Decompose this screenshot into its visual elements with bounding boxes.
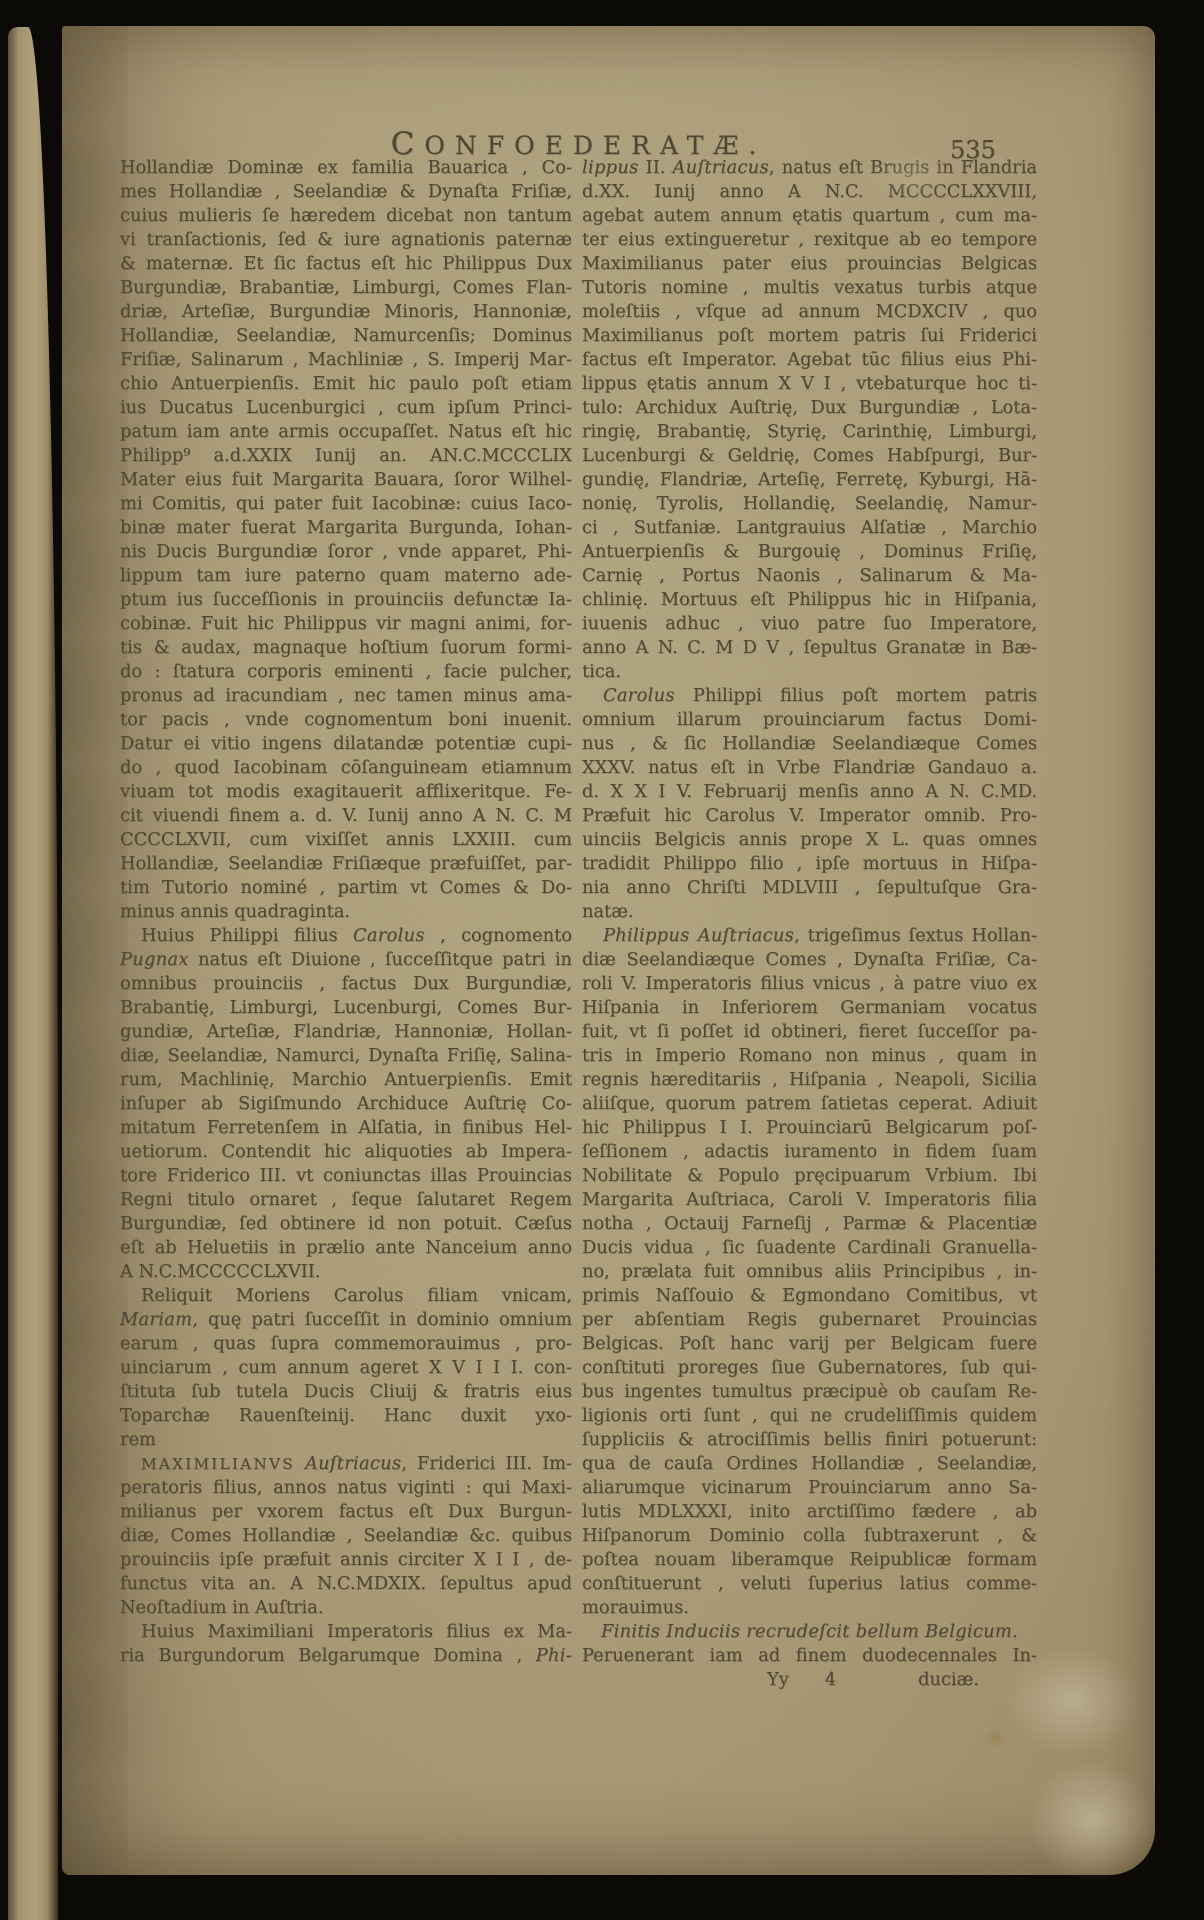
text-line: conſtituerunt , veluti ſuperius latius c… — [582, 1572, 1037, 1596]
text-line: Huius Philippi filius Carolus , cognomen… — [120, 924, 572, 948]
text-line: mitatum Ferretenſem in Alſatia, in finib… — [120, 1116, 572, 1140]
text-line: regnis hæreditariis , Hiſpania , Neapoli… — [582, 1068, 1037, 1092]
text-line: XXXV. natus eſt in Vrbe Flandriæ Gandauo… — [582, 756, 1037, 780]
text-line: iuuenis adhuc , viuo patre ſuo Imperator… — [582, 612, 1037, 636]
book-page: CONFOEDERATÆ. 535 Hollandiæ Dominæ ex fa… — [62, 26, 1155, 1875]
text-line: Margarita Auſtriaca, Caroli V. Imperator… — [582, 1188, 1037, 1212]
text-line: conſtituti proreges ſiue Gubernatores, ſ… — [582, 1356, 1037, 1380]
text-line: omnium illarum prouinciarum factus Domi- — [582, 708, 1037, 732]
text-line: Ducis vidua , ſic ſuadente Cardinali Gra… — [582, 1236, 1037, 1260]
text-line: Burgundiæ, Brabantiæ, Limburgi, Comes Fl… — [120, 276, 572, 300]
text-line: gundię, Flandriæ, Arteſię, Ferretę, Kybu… — [582, 468, 1037, 492]
paper-stain — [312, 1776, 532, 1866]
text-line: anno A N. C. M D V , ſepultus Granatæ in… — [582, 636, 1037, 660]
text-line: Friſiæ, Salinarum , Machliniæ , S. Imper… — [120, 348, 572, 372]
text-line: Hollandiæ Dominæ ex familia Bauarica , C… — [120, 156, 572, 180]
text-line: ius Ducatus Lucenburgici , cum ipſum Pri… — [120, 396, 572, 420]
text-line: minus annis quadraginta. — [120, 900, 572, 924]
text-line: Mater eius fuit Margarita Bauara, ſoror … — [120, 468, 572, 492]
text-line: Peruenerant iam ad finem duodecennales I… — [582, 1644, 1037, 1668]
text-line: Huius Maximiliani Imperatoris filius ex … — [120, 1620, 572, 1644]
text-line: inſuper ab Sigiſmundo Archiduce Auſtrię … — [120, 1092, 572, 1116]
right-column: lippus II. Auſtriacus, natus eſt Brugis … — [582, 156, 1037, 1692]
text-line: gundiæ, Arteſiæ, Flandriæ, Hannoniæ, Hol… — [120, 1020, 572, 1044]
text-line: diæ, Seelandiæ, Namurci, Dynaſta Friſię,… — [120, 1044, 572, 1068]
text-line: hic Philippus I I. Prouinciarū Belgicaru… — [582, 1116, 1037, 1140]
text-line: cobinæ. Fuit hic Philippus vir magni ani… — [120, 612, 572, 636]
text-line: morauimus. — [582, 1596, 1037, 1620]
text-line: d.XX. Iunij anno A N.C. MCCCCLXXVIII, — [582, 180, 1037, 204]
text-line: Neoſtadium in Auſtria. — [120, 1596, 572, 1620]
text-line: aliiſque, quorum patrem ſatietas ceperat… — [582, 1092, 1037, 1116]
text-line: rem — [120, 1428, 572, 1452]
text-line: Mariam, quę patri ſucceſſit in dominio o… — [120, 1308, 572, 1332]
text-line: Carnię , Portus Naonis , Salinarum & Ma- — [582, 564, 1037, 588]
text-line: nonię, Tyrolis, Hollandię, Seelandię, Na… — [582, 492, 1037, 516]
text-line: driæ, Arteſiæ, Burgundiæ Minoris, Hannon… — [120, 300, 572, 324]
signature-line: Yy 4 duciæ. — [582, 1668, 1037, 1692]
quire-signature: Yy — [767, 1668, 789, 1692]
text-line: ſtituta ſub tutela Ducis Cliuij & fratri… — [120, 1380, 572, 1404]
text-line: nia anno Chriſti MDLVIII , ſepultuſque G… — [582, 876, 1037, 900]
text-line: & maternæ. Et ſic factus eſt hic Philipp… — [120, 252, 572, 276]
text-line: ptum ius ſucceſſionis in prouinciis defu… — [120, 588, 572, 612]
text-line: Præfuit hic Carolus V. Imperator omnib. … — [582, 804, 1037, 828]
text-line: Tutoris nomine , multis vexatus turbis a… — [582, 276, 1037, 300]
text-line: lippus II. Auſtriacus, natus eſt Brugis … — [582, 156, 1037, 180]
text-line: Reliquit Moriens Carolus filiam vnicam, — [120, 1284, 572, 1308]
text-line: cuius mulieris ſe hæredem dicebat non ta… — [120, 204, 572, 228]
text-line: ringię, Brabantię, Styrię, Carinthię, Li… — [582, 420, 1037, 444]
text-columns: Hollandiæ Dominæ ex familia Bauarica , C… — [120, 156, 1037, 1692]
quire-signature-number: 4 — [825, 1668, 836, 1692]
text-line: tulo: Archidux Auſtrię, Dux Burgundiæ , … — [582, 396, 1037, 420]
text-line: Lucenburgi & Geldrię, Comes Habſpurgi, B… — [582, 444, 1037, 468]
text-line: rum, Machlinię, Marchio Antuerpienſis. E… — [120, 1068, 572, 1092]
text-line: tor pacis , vnde cognomentum boni inueni… — [120, 708, 572, 732]
text-line: prouinciis ipſe præfuit annis circiter X… — [120, 1548, 572, 1572]
text-line: notha , Octauij Farneſij , Parmæ & Place… — [582, 1212, 1037, 1236]
text-line: tris in Imperio Romano non minus , quam … — [582, 1044, 1037, 1068]
text-line: lippus ętatis annum X V I , vtebaturque … — [582, 372, 1037, 396]
text-line: Hollandiæ, Seelandiæ Friſiæque præfuiſſe… — [120, 852, 572, 876]
text-line: poſtea nouam liberamque Reipublicæ forma… — [582, 1548, 1037, 1572]
text-line: lutis MDLXXXI, inito arctiſſimo fædere ,… — [582, 1500, 1037, 1524]
text-line: mi Comitis, qui pater fuit Iacobinæ: cui… — [120, 492, 572, 516]
text-line: natæ. — [582, 900, 1037, 924]
text-line: Antuerpienſis & Burgouię , Dominus Friſi… — [582, 540, 1037, 564]
book-photo: { "page": { "running_head": "CONFOEDERAT… — [0, 0, 1204, 1920]
text-line: agebat autem annum ętatis quartum , cum … — [582, 204, 1037, 228]
text-line: Finitis Induciis recrudeſcit bellum Belg… — [582, 1620, 1037, 1644]
catchword: duciæ. — [918, 1668, 979, 1692]
text-line: Regni titulo ornaret , ſeque ſalutaret R… — [120, 1188, 572, 1212]
text-line: Hiſpanorum Dominio colla ſubtraxerunt , … — [582, 1524, 1037, 1548]
text-line: diæ, Comes Hollandiæ , Seelandiæ &c. qui… — [120, 1524, 572, 1548]
text-line: omnibus prouinciis , factus Dux Burgundi… — [120, 972, 572, 996]
text-line: Hiſpania in Inferiorem Germaniam vocatus — [582, 996, 1037, 1020]
text-line: qua de cauſa Ordines Hollandiæ , Seeland… — [582, 1452, 1037, 1476]
text-line: chlinię. Mortuus eſt Philippus hic in Hi… — [582, 588, 1037, 612]
text-line: uetiorum. Contendit hic aliquoties ab Im… — [120, 1140, 572, 1164]
text-line: Brabantię, Limburgi, Lucenburgi, Comes B… — [120, 996, 572, 1020]
text-line: pronus ad iracundiam , nec tamen minus a… — [120, 684, 572, 708]
text-line: cit viuendi finem a. d. V. Iunij anno A … — [120, 804, 572, 828]
left-column: Hollandiæ Dominæ ex familia Bauarica , C… — [120, 156, 572, 1692]
text-line: factus eſt Imperator. Agebat tūc filius … — [582, 348, 1037, 372]
paper-stain — [1002, 1736, 1182, 1906]
text-line: do : ſtatura corporis eminenti , facie p… — [120, 660, 572, 684]
text-line: ſeſſionem , adactis iuramento in fidem ſ… — [582, 1140, 1037, 1164]
text-line: tradidit Philippo filio , ipſe mortuus i… — [582, 852, 1037, 876]
text-line: chio Antuerpienſis. Emit hic paulo poſt … — [120, 372, 572, 396]
text-line: Pugnax natus eſt Diuione , ſucceſſitque … — [120, 948, 572, 972]
text-line: fuit, vt ſi poſſet id obtineri, fieret ſ… — [582, 1020, 1037, 1044]
text-line: tis & audax, magnaque hoſtium ſuorum for… — [120, 636, 572, 660]
text-line: no, prælata fuit omnibus aliis Principib… — [582, 1260, 1037, 1284]
text-line: ligionis orti ſunt , qui ne crudeliſſimi… — [582, 1404, 1037, 1428]
text-line: nis Ducis Burgundiæ ſoror , vnde apparet… — [120, 540, 572, 564]
text-line: bus ingentes tumultus præcipuè ob cauſam… — [582, 1380, 1037, 1404]
text-line: Maximilianus pater eius prouincias Belgi… — [582, 252, 1037, 276]
text-line: earum , quas ſupra commemorauimus , pro- — [120, 1332, 572, 1356]
text-line: Burgundiæ, ſed obtinere id non potuit. C… — [120, 1212, 572, 1236]
text-line: Carolus Philippi filius poſt mortem patr… — [582, 684, 1037, 708]
text-line: ſuppliciis & atrociſſimis bellis finiri … — [582, 1428, 1037, 1452]
text-line: binæ mater fuerat Margarita Burgunda, Io… — [120, 516, 572, 540]
previous-page-edge — [8, 27, 58, 1920]
text-line: patum iam ante armis occupaſſet. Natus e… — [120, 420, 572, 444]
text-line: Toparchæ Rauenſteinij. Hanc duxit yxo- — [120, 1404, 572, 1428]
text-line: mes Hollandiæ , Seelandiæ & Dynaſta Friſ… — [120, 180, 572, 204]
text-line: functus vita an. A N.C.MDXIX. ſepultus a… — [120, 1572, 572, 1596]
text-line: tim Tutorio nominé , partim vt Comes & D… — [120, 876, 572, 900]
text-line: lippum tam iure paterno quam materno ade… — [120, 564, 572, 588]
text-line: Maximilianus poſt mortem patris ſui Frid… — [582, 324, 1037, 348]
text-line: eſt ab Heluetiis in prælio ante Nanceium… — [120, 1236, 572, 1260]
text-line: nus , & ſic Hollandiæ Seelandiæque Comes — [582, 732, 1037, 756]
text-line: viuam tot modis exagitauerit afflixeritq… — [120, 780, 572, 804]
text-line: moleſtiis , vſque ad annum MCDXCIV , quo — [582, 300, 1037, 324]
text-line: Philippus Auſtriacus, trigeſimus ſextus … — [582, 924, 1037, 948]
text-line: do , quod Iacobinam cōſanguineam etiamnu… — [120, 756, 572, 780]
text-line: Belgicas. Poſt hanc varij per Belgicam f… — [582, 1332, 1037, 1356]
text-line: ci , Sutfaniæ. Lantgrauius Alſatiæ , Mar… — [582, 516, 1037, 540]
text-line: d. X X I V. Februarij menſis anno A N. C… — [582, 780, 1037, 804]
text-line: roli V. Imperatoris filius vnicus , à pa… — [582, 972, 1037, 996]
text-line: Philipp⁹ a.d.XXIX Iunij an. AN.C.MCCCLIX — [120, 444, 572, 468]
text-line: MAXIMILIANVS Auſtriacus, Friderici III. … — [120, 1452, 572, 1476]
text-line: ter eius extingueretur , rexitque ab eo … — [582, 228, 1037, 252]
text-line: diæ Seelandiæque Comes , Dynaſta Friſiæ,… — [582, 948, 1037, 972]
text-line: Hollandiæ, Seelandiæ, Namurcenſis; Domin… — [120, 324, 572, 348]
text-line: milianus per vxorem factus eſt Dux Burgu… — [120, 1500, 572, 1524]
text-line: tica. — [582, 660, 1037, 684]
text-line: uinciis Belgicis annis prope X L. quas o… — [582, 828, 1037, 852]
text-line: ria Burgundorum Belgarumque Domina , Phi… — [120, 1644, 572, 1668]
paper-stain — [980, 1724, 1010, 1752]
text-line: Nobilitate & Populo pręcipuarum Vrbium. … — [582, 1164, 1037, 1188]
text-line: A N.C.MCCCCCLXVII. — [120, 1260, 572, 1284]
text-line: primis Naſſouio & Egmondano Comitibus, v… — [582, 1284, 1037, 1308]
text-line: vi tranſactionis, ſed & iure agnationis … — [120, 228, 572, 252]
text-line: aliarumque vicinarum Prouinciarum anno S… — [582, 1476, 1037, 1500]
text-line: uinciarum , cum annum ageret X V I I I. … — [120, 1356, 572, 1380]
text-line: CCCCLXVII, cum vixiſſet annis LXXIII. cu… — [120, 828, 572, 852]
text-line: tore Friderico III. vt coniunctas illas … — [120, 1164, 572, 1188]
text-line: per abſentiam Regis gubernaret Prouincia… — [582, 1308, 1037, 1332]
text-line: peratoris filius, annos natus viginti : … — [120, 1476, 572, 1500]
text-line: Datur ei vitio ingens dilatandæ potentiæ… — [120, 732, 572, 756]
